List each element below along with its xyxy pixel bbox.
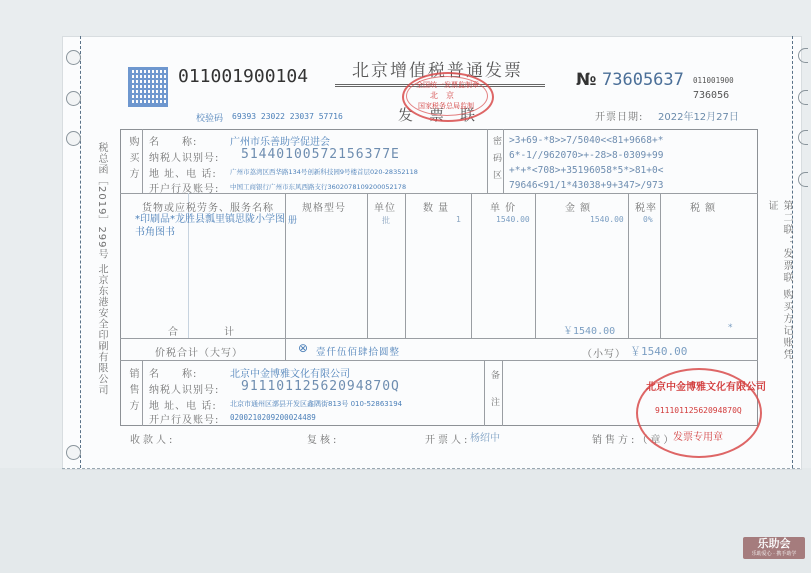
tractor-hole (66, 91, 81, 106)
cipher-label: 密码区 (490, 136, 503, 192)
buyer-name: 广州市乐善助学促进会 (230, 133, 330, 148)
tractor-hole (66, 50, 81, 65)
header-item-name: 货物或应税劳务、服务名称 (142, 199, 274, 214)
scanner-background (0, 468, 811, 573)
payee-label: 收款人: (130, 431, 175, 446)
side-code-line2: 736056 (693, 90, 729, 101)
cipher-line: 6*-1//962070>+-28>8-0309+99 (509, 148, 663, 163)
seller-section-label: 销售方 (125, 368, 140, 424)
tractor-hole (798, 130, 808, 145)
grand-total-divider (285, 338, 286, 360)
date-label: 开票日期: (595, 108, 643, 123)
number-prefix: № (576, 70, 596, 90)
invoice-code: 011001900104 (178, 66, 308, 87)
cipher-divider-right (503, 129, 504, 193)
item-rate: 0% (643, 215, 653, 224)
grand-total-words: 壹仟伍佰肆拾圆整 (316, 344, 400, 358)
item-name: *印刷品*龙胜县瓢里镇思陇小学图书角图书 (135, 213, 285, 239)
col-line (471, 193, 472, 338)
remarks-divider-right (502, 360, 503, 426)
item-spec: 册 (288, 213, 297, 226)
printer-info: 税总函［2019］299号 北京东港安全印刷有限公司 (94, 142, 109, 422)
seller-bank-label: 开户行及账号: (149, 411, 219, 426)
watermark-logo-text: 乐助会 (758, 537, 791, 550)
grand-total-small-value: ￥1540.00 (630, 343, 687, 359)
header-amount: 金 额 (565, 199, 591, 214)
col-line (285, 193, 286, 338)
buyer-bank-label: 开户行及账号: (149, 180, 219, 195)
buyer-addr: 广州市荔湾区西华路134号创新科技园9号楼首层020-28352118 (230, 167, 418, 176)
header-tax: 税 额 (690, 199, 716, 214)
seller-stamp-middle: 91110112562094870Q (655, 406, 742, 415)
col-line (367, 193, 368, 338)
cipher-line: +*+*<708>+35196058*5*>81+0< (509, 163, 663, 178)
item-qty: 1 (456, 215, 461, 224)
grand-total-small-label: （小写） (582, 345, 626, 360)
invoice-number: 73605637 (602, 70, 684, 90)
qr-code (128, 67, 168, 107)
buyer-section-label: 购买方 (125, 136, 140, 192)
header-spec: 规格型号 (302, 199, 346, 214)
remarks-label: 备注 (488, 370, 501, 424)
col-line (660, 193, 661, 338)
remarks-divider-left (484, 360, 485, 426)
tax-stamp-top: 全国统一发票监制章 (416, 80, 479, 90)
header-price: 单 价 (490, 199, 516, 214)
drawer-value: 杨绍中 (470, 429, 500, 444)
buyer-divider (142, 129, 143, 193)
header-unit: 单位 (374, 199, 396, 214)
seller-name-label: 名 称: (149, 365, 197, 380)
grand-total-label: 价税合计（大写） (155, 344, 243, 359)
buyer-name-label: 名 称: (149, 133, 197, 148)
total-label: 合 计 (168, 323, 238, 338)
grand-total-top-line (120, 338, 758, 339)
side-code-line1: 011001900 (693, 76, 734, 85)
header-qty: 数 量 (423, 199, 449, 214)
reviewer-label: 复核: (307, 431, 339, 446)
header-rate: 税率 (635, 199, 657, 214)
seller-taxid-label: 纳税人识别号: (149, 381, 219, 396)
seller-bank: 0200210209200024489 (230, 413, 316, 422)
cipher-line: 79646<91/1*43038+9+347>/973 (509, 178, 663, 193)
watermark-logo: 乐助会 乐助爱心 · 携手助学 (743, 537, 805, 559)
seller-top-line (120, 360, 758, 361)
seller-name: 北京中金博雅文化有限公司 (230, 365, 350, 380)
item-unit: 批 (382, 215, 390, 226)
buyer-taxid: 51440100572156377E (241, 147, 400, 162)
col-line (535, 193, 536, 338)
seller-divider (142, 360, 143, 426)
buyer-taxid-label: 纳税人识别号: (149, 149, 219, 164)
perforation-bottom (62, 468, 800, 469)
tractor-hole (66, 131, 81, 146)
col-line (628, 193, 629, 338)
tax-stamp-bottom: 国家税务总局监制 (418, 101, 474, 111)
watermark-tagline: 乐助爱心 · 携手助学 (743, 551, 805, 557)
cipher-text: >3+69-*8>>7/5040<<81+9668+* 6*-1//962070… (509, 133, 663, 193)
cipher-line: >3+69-*8>>7/5040<<81+9668+* (509, 133, 663, 148)
buyer-bank: 中国工商银行广州市东风西路支行3602078109200052178 (230, 182, 406, 191)
copy-label: 第二联：发票联 购买方记账凭证 (764, 200, 794, 365)
total-amount: ￥1540.00 (563, 322, 615, 337)
check-code-label: 校验码 (196, 111, 223, 124)
tractor-hole (798, 48, 808, 63)
seller-addr-label: 地 址、电 话: (149, 397, 217, 412)
tax-stamp-middle: 北 京 (430, 90, 454, 101)
check-code: 69393 23022 23037 57716 (232, 112, 343, 121)
col-line (405, 193, 406, 338)
tractor-hole (66, 445, 81, 460)
circle-x-icon: ⊗ (298, 341, 308, 355)
item-price: 1540.00 (496, 215, 530, 224)
seller-stamp-top: 北京中金博雅文化有限公司 (646, 378, 766, 393)
item-amount: 1540.00 (590, 215, 624, 224)
cipher-divider-left (487, 129, 488, 193)
seller-stamp-bottom: 发票专用章 (673, 428, 723, 443)
tractor-hole (798, 172, 808, 187)
total-tax: * (728, 323, 733, 333)
buyer-addr-label: 地 址、电 话: (149, 165, 217, 180)
seller-addr: 北京市通州区漷县开发区鑫隅街813号 010-52863194 (230, 399, 402, 409)
seller-taxid: 91110112562094870Q (241, 379, 400, 394)
invoice-date: 2022年12月27日 (658, 108, 739, 123)
drawer-label: 开票人: (425, 431, 470, 446)
tractor-hole (798, 90, 808, 105)
